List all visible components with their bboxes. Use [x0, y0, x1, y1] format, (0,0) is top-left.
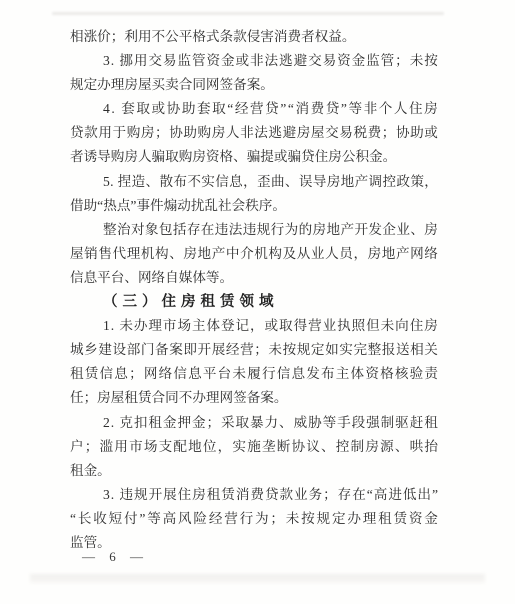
body-line: 城乡建设部门备案即开展经营；未按规定如实完整报送相关 — [70, 338, 438, 362]
document-body: 相涨价；利用不公平格式条款侵害消费者权益。 3. 挪用交易监管资金或非法逃避交易… — [70, 25, 438, 555]
body-line: 信息平台、网络自媒体等。 — [70, 266, 438, 290]
body-line: 贷款用于购房；协助购房人非法逃避房屋交易税费；协助或 — [70, 121, 438, 145]
body-line: 5. 捏造、散布不实信息，歪曲、误导房地产调控政策， — [70, 170, 438, 194]
body-line: 租赁信息；网络信息平台未履行信息发布主体资格核验责 — [70, 362, 438, 386]
body-line: 4. 套取或协助套取“经营贷”“消费贷”等非个人住房 — [70, 97, 438, 121]
body-line: 户；滥用市场支配地位，实施垄断协议、控制房源、哄抬 — [70, 435, 438, 459]
page-number: — 6 — — [82, 549, 145, 565]
body-line: 整治对象包括存在违法违规行为的房地产开发企业、房 — [70, 218, 438, 242]
body-line: 规定办理房屋买卖合同网签备案。 — [70, 73, 438, 97]
document-page: 相涨价；利用不公平格式条款侵害消费者权益。 3. 挪用交易监管资金或非法逃避交易… — [0, 0, 515, 604]
body-line: 任；房屋租赁合同不办理网签备案。 — [70, 386, 438, 410]
body-line: “长收短付”等高风险经营行为；未按规定办理租赁资金 — [70, 507, 438, 531]
scan-artifact-top — [52, 12, 444, 15]
body-line: 1. 未办理市场主体登记，或取得营业执照但未向住房 — [70, 314, 438, 338]
body-line: 相涨价；利用不公平格式条款侵害消费者权益。 — [70, 25, 438, 49]
body-line: 租金。 — [70, 459, 438, 483]
body-line: 3. 挪用交易监管资金或非法逃避交易资金监管；未按 — [70, 49, 438, 73]
body-line: 3. 违规开展住房租赁消费贷款业务；存在“高进低出” — [70, 483, 438, 507]
body-line: 借助“热点”事件煽动扰乱社会秩序。 — [70, 194, 438, 218]
body-line: 2. 克扣租金押金；采取暴力、威胁等手段强制驱赶租 — [70, 411, 438, 435]
body-line: 屋销售代理机构、房地产中介机构及从业人员，房地产网络 — [70, 242, 438, 266]
body-line: 者诱导购房人骗取购房资格、骗提或骗贷住房公积金。 — [70, 145, 438, 169]
scan-artifact-bottom — [30, 574, 485, 583]
section-heading: （三）住房租赁领域 — [70, 290, 438, 314]
